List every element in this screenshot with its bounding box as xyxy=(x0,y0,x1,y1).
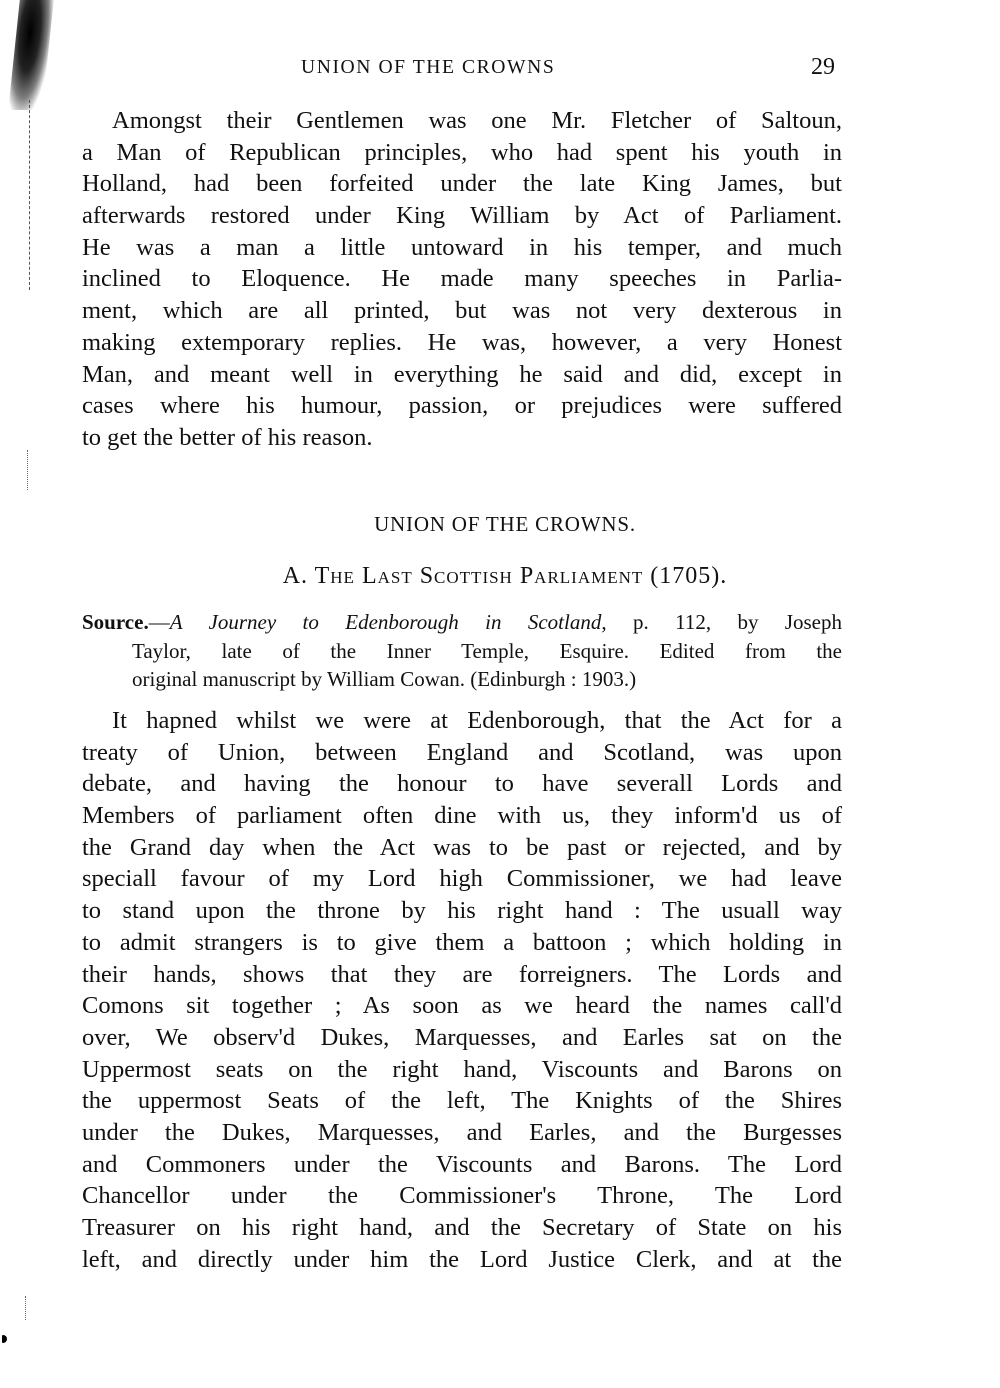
text-line: a Man of Republican principles, who had … xyxy=(82,137,842,169)
text-line: the uppermost Seats of the left, The Kni… xyxy=(82,1085,842,1117)
text-line: making extemporary replies. He was, howe… xyxy=(82,327,842,359)
scan-edge-line xyxy=(29,100,31,290)
paragraph-parliament: It hapned whilst we were at Edenborough,… xyxy=(82,705,842,1275)
running-title: UNION OF THE CROWNS xyxy=(301,56,555,79)
subsection-title: A. The Last Scottish Parliament (1705). xyxy=(0,563,1000,590)
source-dash: — xyxy=(149,610,170,634)
scan-edge-line xyxy=(27,450,29,490)
source-line: Source.—A Journey to Edenborough in Scot… xyxy=(82,608,842,637)
running-header: UNION OF THE CROWNS 29 xyxy=(0,56,1000,86)
text-line: ment, which are all printed, but was not… xyxy=(82,295,842,327)
text-line: to get the better of his reason. xyxy=(82,422,842,454)
scan-edge-line xyxy=(25,1296,27,1320)
source-work-title: A Journey to Edenborough in Scotland xyxy=(170,610,602,634)
paragraph-fletcher: Amongst their Gentlemen was one Mr. Flet… xyxy=(82,105,842,454)
text-line: Comons sit together ; As soon as we hear… xyxy=(82,990,842,1022)
text-line: Man, and meant well in everything he sai… xyxy=(82,359,842,391)
source-line: original manuscript by William Cowan. (E… xyxy=(82,665,842,694)
text-line: to stand upon the throne by his right ha… xyxy=(82,895,842,927)
text-line: treaty of Union, between England and Sco… xyxy=(82,737,842,769)
text-line: cases where his humour, passion, or prej… xyxy=(82,390,842,422)
source-citation: Source.—A Journey to Edenborough in Scot… xyxy=(82,608,842,694)
text-line: Uppermost seats on the right hand, Visco… xyxy=(82,1054,842,1086)
section-title: UNION OF THE CROWNS. xyxy=(0,512,1000,537)
source-line: Taylor, late of the Inner Temple, Esquir… xyxy=(82,637,842,666)
text-line: Chancellor under the Commissioner's Thro… xyxy=(82,1180,842,1212)
text-line: to admit strangers is to give them a bat… xyxy=(82,927,842,959)
text-line: under the Dukes, Marquesses, and Earles,… xyxy=(82,1117,842,1149)
text-line: their hands, shows that they are forreig… xyxy=(82,959,842,991)
text-line: Amongst their Gentlemen was one Mr. Flet… xyxy=(82,105,842,137)
text-line: inclined to Eloquence. He made many spee… xyxy=(82,263,842,295)
text-line: over, We observ'd Dukes, Marquesses, and… xyxy=(82,1022,842,1054)
scan-edge-mark xyxy=(2,1335,7,1343)
text-line: It hapned whilst we were at Edenborough,… xyxy=(82,705,842,737)
source-line-rest: , p. 112, by Joseph xyxy=(601,610,842,634)
text-line: He was a man a little untoward in his te… xyxy=(82,232,842,264)
text-line: Holland, had been forfeited under the la… xyxy=(82,168,842,200)
text-line: Treasurer on his right hand, and the Sec… xyxy=(82,1212,842,1244)
text-line: and Commoners under the Viscounts and Ba… xyxy=(82,1149,842,1181)
text-line: afterwards restored under King William b… xyxy=(82,200,842,232)
page-number: 29 xyxy=(811,54,835,81)
text-line: speciall favour of my Lord high Commissi… xyxy=(82,863,842,895)
text-line: debate, and having the honour to have se… xyxy=(82,768,842,800)
source-label: Source. xyxy=(82,610,149,634)
text-line: Members of parliament often dine with us… xyxy=(82,800,842,832)
scan-edge-artifact xyxy=(8,0,54,110)
text-line: the Grand day when the Act was to be pas… xyxy=(82,832,842,864)
document-page: UNION OF THE CROWNS 29 Amongst their Gen… xyxy=(0,0,1000,1388)
text-line: left, and directly under him the Lord Ju… xyxy=(82,1244,842,1276)
